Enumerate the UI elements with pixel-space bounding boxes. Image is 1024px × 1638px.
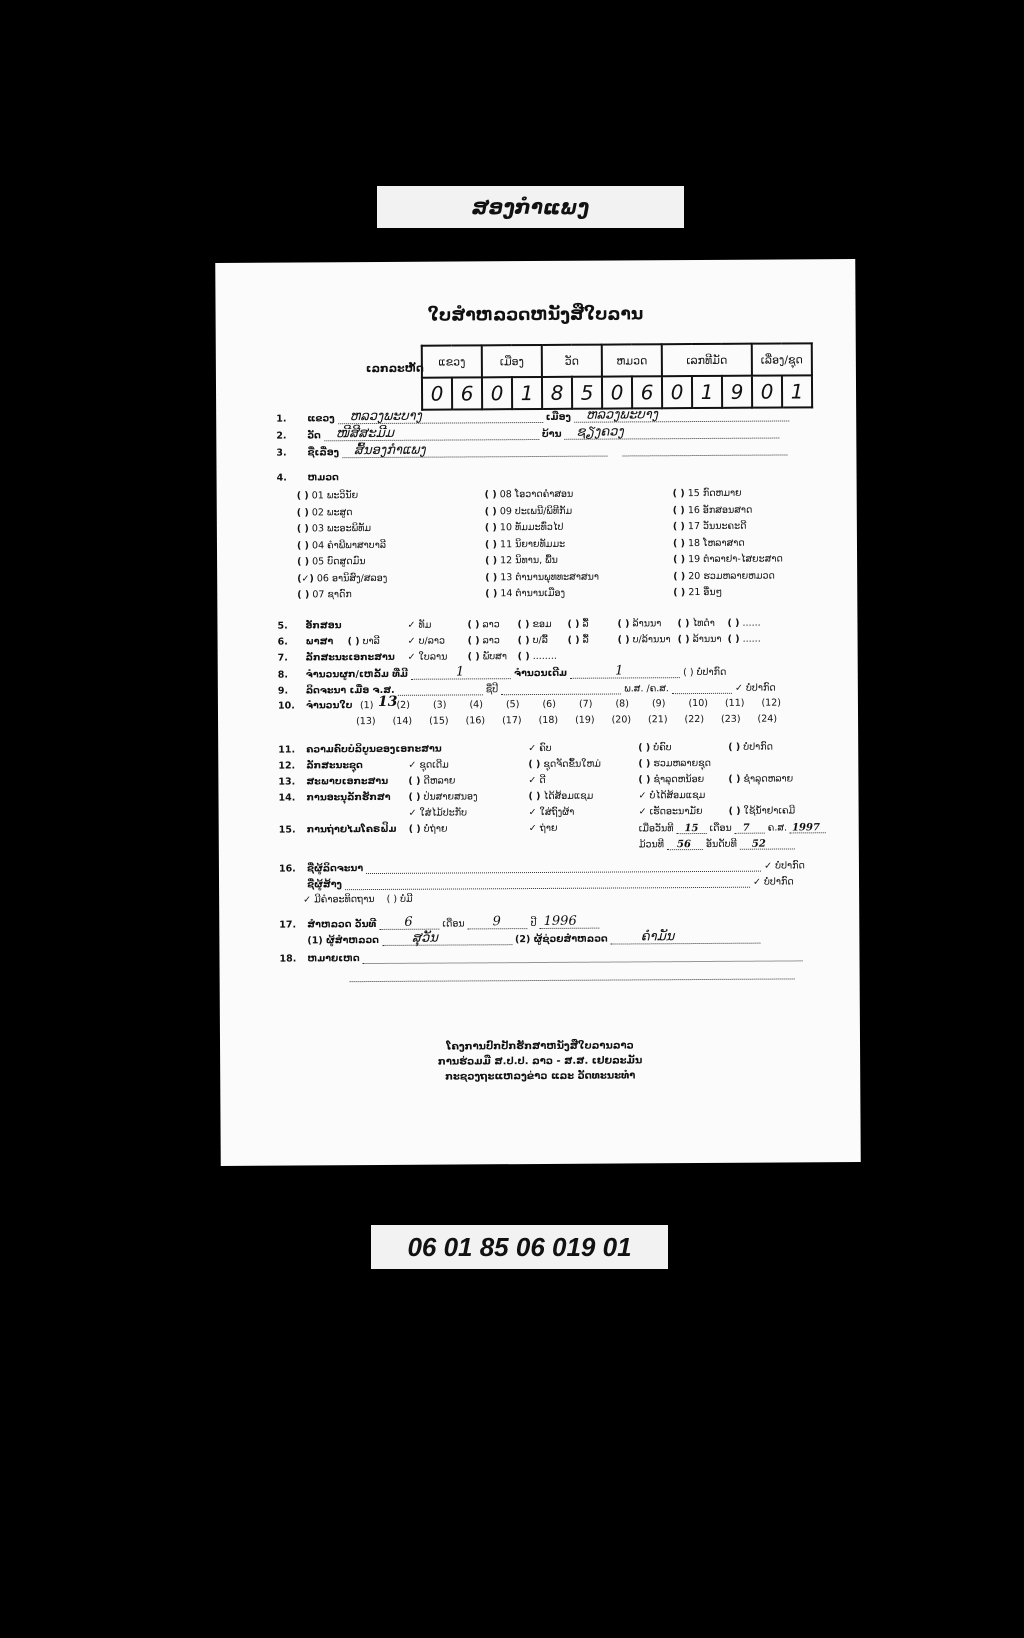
- checkbox[interactable]: ( ): [467, 619, 479, 630]
- field-11: 11.ຄວາມຄົບບໍລິບູນຂອງເອກະສານ: [278, 744, 442, 756]
- scribe-name-field[interactable]: [366, 860, 761, 874]
- option-label: ເຮັດອະນາມັຍ: [650, 806, 703, 817]
- field-label: ລັກສະນະເອກະສານ: [306, 652, 395, 664]
- checkbox[interactable]: ( ): [617, 618, 629, 629]
- unknown-option[interactable]: ( ) ບໍ່ປາກົດ: [683, 667, 726, 678]
- leaf-count-slot[interactable]: (1): [360, 700, 374, 711]
- checkbox[interactable]: ( ): [485, 539, 497, 550]
- field-number: 13.: [278, 776, 306, 787]
- option[interactable]: ( ) ລ້ານນາ: [617, 618, 661, 629]
- category-option[interactable]: ( ) 21 ອື່ນໆ: [673, 587, 722, 598]
- option[interactable]: ✓ ດີ: [528, 775, 545, 786]
- unknown-option[interactable]: ✓ ບໍ່ປາກົດ: [764, 860, 805, 871]
- checkbox[interactable]: ( ): [728, 634, 740, 645]
- option-label: ບໍ່ປາກົດ: [743, 742, 773, 753]
- option-label: ໃບລານ: [419, 652, 448, 663]
- option[interactable]: ✓ ຖ່າຍ: [529, 823, 558, 834]
- leaf-count-slot[interactable]: (24): [758, 714, 778, 725]
- field-label: ຊື່ຜູ້ສ້າງ: [307, 879, 342, 890]
- code-header-province: ແຂວງ: [422, 345, 482, 377]
- checkbox[interactable]: ( ): [673, 571, 685, 582]
- checkbox[interactable]: ( ): [528, 791, 540, 802]
- option[interactable]: ( ) ບ/ລື້: [518, 635, 548, 646]
- code-digit: 1: [512, 377, 542, 409]
- leaf-count-slot[interactable]: (9): [652, 698, 666, 709]
- option-label: ......: [742, 618, 760, 629]
- category-option[interactable]: ( ) 10 ທັມມະທົ່ວໄປ: [485, 522, 564, 533]
- option[interactable]: ( ) ........: [518, 651, 557, 662]
- checkbox[interactable]: ( ): [673, 521, 685, 532]
- checkbox[interactable]: ( ): [618, 634, 630, 645]
- category-option[interactable]: ( ) 11 ນິຍາຍທັມມະ: [485, 538, 565, 549]
- option[interactable]: ✓ ບ/ລາວ: [408, 636, 446, 647]
- bundle-count-field[interactable]: 1: [411, 667, 511, 680]
- option-label: ລື້: [583, 635, 589, 646]
- option[interactable]: ✓ ຊຸດເດີມ: [408, 760, 449, 771]
- field-label: ອັກສອນ: [305, 620, 341, 631]
- category-option[interactable]: ( ) 07 ຊາດົກ: [297, 589, 352, 600]
- option-label: ລາວ: [482, 619, 499, 630]
- code-digit: 0: [482, 377, 512, 409]
- handwritten-value: ສຸວັນ: [412, 931, 438, 946]
- field-number: 10.: [278, 700, 306, 711]
- checkbox[interactable]: ( ): [518, 651, 530, 662]
- leaf-count-slot[interactable]: (11): [725, 698, 745, 709]
- category-option[interactable]: ( ) 14 ຕຳນານເມືອງ: [485, 588, 565, 599]
- checkbox[interactable]: ( ): [678, 634, 690, 645]
- checkbox[interactable]: ( ): [673, 587, 685, 598]
- survey-year-field[interactable]: 1996: [540, 917, 600, 929]
- checkbox[interactable]: ✓: [528, 743, 536, 754]
- option[interactable]: ( ) ບ/ລ້ານນາ: [618, 634, 671, 645]
- handwritten-value: ຊຽງຄວງ: [576, 424, 623, 439]
- checkbox[interactable]: ✓: [407, 620, 415, 631]
- province-field[interactable]: ຫລວງພະບາງ: [338, 411, 543, 424]
- option[interactable]: ( ) ບໍ່ປາກົດ: [728, 742, 773, 753]
- option-label: 15 ກົດຫມາຍ: [688, 488, 742, 499]
- option-label: ຂອມ: [532, 619, 551, 630]
- option-label: 01 ພະວິນັຍ: [312, 490, 359, 501]
- option-label: ຊຳລຸດຫນ້ອຍ: [653, 774, 704, 785]
- checkbox[interactable]: ( ): [485, 555, 497, 566]
- field-label: ພ.ສ. /ຄ.ສ.: [624, 683, 669, 694]
- catalog-number-label: 06 01 85 06 019 01: [371, 1225, 668, 1269]
- option[interactable]: ( ) ບາລີ: [348, 636, 380, 647]
- code-digit: 1: [692, 376, 722, 408]
- checkbox[interactable]: ( ): [638, 758, 650, 769]
- prayer-no-option[interactable]: ( ) ບໍ່ມີ: [387, 894, 413, 905]
- option-label: ບ/ລາວ: [419, 636, 446, 647]
- checkbox[interactable]: ( ): [297, 490, 309, 501]
- checkbox[interactable]: ( ): [297, 523, 309, 534]
- option[interactable]: ( ) ດີຫລາຍ: [408, 776, 455, 787]
- option[interactable]: ( ) ......: [728, 634, 761, 645]
- option-label: ບ/ລື້: [533, 635, 548, 646]
- checkbox[interactable]: ( ): [568, 635, 580, 646]
- prayer-yes-option[interactable]: ✓ ມີຄຳອະທິດຖານ: [303, 894, 374, 905]
- code-header-title-set: ເລື່ອງ/ຊຸດ: [752, 343, 812, 375]
- field-label: ບ້ານ: [542, 429, 562, 440]
- option[interactable]: ✓ ທັມ: [407, 620, 431, 631]
- checkbox[interactable]: ✓: [408, 760, 416, 771]
- creator-name-field[interactable]: [345, 876, 750, 890]
- checkbox[interactable]: ( ): [728, 742, 740, 753]
- option[interactable]: ( ) ໄດ້ສ້ອມແຊມ: [528, 791, 593, 802]
- handwritten-value: 1: [615, 663, 623, 678]
- field-label: ຫມາຍເຫດ: [307, 953, 359, 964]
- option[interactable]: ( ) ບໍ່ຖ່າຍ: [409, 824, 448, 835]
- option-label: 08 ໂອວາດຄຳສອນ: [500, 489, 574, 500]
- code-table: ແຂວງ ເມືອງ ວັດ ຫມວດ ເລກທີມັດ ເລື່ອງ/ຊຸດ …: [421, 342, 813, 410]
- option-label: 16 ອັກສອນສາດ: [688, 504, 753, 515]
- option-label: ຮວມຫລາຍຊຸດ: [653, 758, 711, 769]
- category-option[interactable]: ( ) 05 ບົດສູດມົນ: [297, 556, 365, 567]
- be-ad-year-field[interactable]: [672, 682, 732, 694]
- option-label: ໃສ່ໄມ້ປະກັບ: [420, 807, 468, 818]
- code-digit: 5: [572, 377, 602, 409]
- field-8: 8.ຈຳນວນຜູກ/ເຫລັ້ມ ທີ່ມີ 1 ຈຳນວນເດີມ 1 ( …: [278, 666, 727, 681]
- checkbox[interactable]: ( ): [408, 792, 420, 803]
- field-16b: ຊື່ຜູ້ສ້າງ ✓ ບໍ່ປາກົດ: [307, 875, 794, 890]
- option[interactable]: ✓ ໃສ່ໄມ້ປະກັບ: [409, 807, 468, 818]
- checkbox[interactable]: ✓: [528, 775, 536, 786]
- code-digit: 6: [452, 377, 482, 409]
- field-number: 5.: [277, 620, 305, 631]
- field-16c: ✓ ມີຄຳອະທິດຖານ ( ) ບໍ່ມີ: [303, 894, 413, 906]
- checkbox[interactable]: ( ): [677, 618, 689, 629]
- field-15: 15.ການຖ່າຍໄມໂຄຣຟິມ: [279, 824, 397, 836]
- option-label: ໄດ້ສ້ອມແຊມ: [544, 791, 594, 802]
- checkbox[interactable]: ( ): [468, 651, 480, 662]
- survey-month-field[interactable]: 9: [468, 917, 528, 929]
- temple-field[interactable]: ໜີສີສະມີມ: [324, 428, 539, 441]
- handwritten-value: 52: [752, 839, 766, 850]
- checkbox[interactable]: ( ): [297, 556, 309, 567]
- field-label: ຊື່ເລື່ອງ: [307, 447, 339, 458]
- option-label: ........: [533, 651, 557, 662]
- field-number: 12.: [278, 760, 306, 771]
- code-header-category: ຫມວດ: [602, 344, 662, 376]
- field-label: ສຳຫລວດ ວັນທີ: [307, 919, 376, 930]
- code-digit: 1: [782, 375, 812, 407]
- field-2: 2. ວັດ ໜີສີສະມີມ ບ້ານ ຊຽງຄວງ: [276, 427, 779, 442]
- leaf-count-slot[interactable]: (4): [469, 699, 483, 710]
- checkbox[interactable]: ( ): [517, 619, 529, 630]
- handwritten-value: 6: [404, 915, 412, 930]
- checkbox[interactable]: ✓: [639, 806, 647, 817]
- checkbox[interactable]: ( ): [638, 742, 650, 753]
- field-12: 12.ລັກສະນະຊຸດ: [278, 760, 363, 772]
- option-label: 02 ພະສູດ: [312, 507, 353, 518]
- remarks-line-2: [350, 967, 795, 982]
- checkbox[interactable]: ( ): [408, 776, 420, 787]
- district-field[interactable]: ຫລວງພະບາງ: [574, 409, 789, 422]
- form-footer: ໂຄງການປົກປັກຮັກສາຫນັງສືໃບລານລາວ ການຮ່ວມມ…: [220, 1037, 860, 1086]
- checkbox[interactable]: ( ): [485, 489, 497, 500]
- option[interactable]: ( ) ຊຳລຸດຫນ້ອຍ: [638, 774, 704, 785]
- code-header-bundle: ເລກທີມັດ: [662, 344, 752, 377]
- category-option[interactable]: ( ) 02 ພະສູດ: [297, 507, 353, 518]
- option[interactable]: ✓ ໃບລານ: [408, 652, 448, 663]
- field-17b: (1) ຜູ້ສຳຫລວດ ສຸວັນ (2) ຜູ້ຊ່ວຍສຳຫລວດ ຄຳ…: [307, 932, 760, 947]
- category-option[interactable]: (✓) 06 ອານິສົງ/ສລອງ: [297, 572, 387, 584]
- leaf-count-slot[interactable]: (18): [539, 715, 559, 726]
- category-option[interactable]: ( ) 03 ພະອະພິທັມ: [297, 523, 371, 534]
- field-label: (2) ຜູ້ຊ່ວຍສຳຫລວດ: [515, 934, 608, 946]
- field-3: 3. ຊື່ເລື່ອງ ສົ້ນອງກຳແພງ: [276, 443, 787, 458]
- field-16: 16.ຊື່ຜູ້ລິດຈະນາ ✓ ບໍ່ປາກົດ: [279, 859, 805, 874]
- option-label: 06 ອານິສົງ/ສລອງ: [317, 572, 387, 583]
- handwritten-value: ຫລວງພະບາງ: [586, 407, 658, 422]
- option[interactable]: ( ) ຊຳລຸດຫລາຍ: [728, 773, 793, 784]
- option-label: ......: [743, 634, 761, 645]
- option[interactable]: ( ) ໄທດຳ: [677, 618, 714, 629]
- category-option[interactable]: ( ) 01 ພະວິນັຍ: [297, 490, 359, 501]
- form-title: ໃບສຳຫລວດຫນັງສືໃບລານ: [216, 303, 856, 327]
- option[interactable]: ( ) ຂອມ: [517, 619, 551, 630]
- leaf-count-slot[interactable]: (22): [685, 714, 705, 725]
- option-label: 09 ປະເພນີ/ພິທີກັມ: [500, 505, 572, 516]
- option-label: ພັບສາ: [483, 651, 507, 662]
- code-digit: 9: [722, 376, 752, 408]
- option[interactable]: ( ) ໃຊ້ນ້ຳຢາເຄມີ: [729, 805, 796, 816]
- option[interactable]: ( ) ......: [727, 618, 760, 629]
- option-label: ລື້: [582, 619, 588, 630]
- handwritten-value: 1: [456, 664, 464, 679]
- checkbox[interactable]: ( ): [518, 635, 530, 646]
- checkbox[interactable]: ✓: [409, 808, 417, 819]
- leaf-count-slot[interactable]: (8): [615, 698, 629, 709]
- field-label: ແຂວງ: [307, 413, 335, 424]
- field-number: 1.: [276, 413, 304, 424]
- checkbox[interactable]: ( ): [729, 806, 741, 817]
- checkbox[interactable]: ( ): [673, 505, 685, 516]
- option[interactable]: ✓ ຄົບ: [528, 743, 552, 754]
- year-name-field[interactable]: [501, 682, 621, 695]
- survey-day-field[interactable]: 6: [379, 918, 439, 930]
- option-label: ລາວ: [483, 635, 500, 646]
- code-digit: 8: [542, 377, 572, 409]
- field-label: ຫມວດ: [308, 472, 339, 483]
- checkbox[interactable]: ( ): [297, 507, 309, 518]
- leaf-count-slot[interactable]: (16): [466, 715, 486, 726]
- option-label: ລ້ານນາ: [693, 634, 722, 645]
- field-number: 7.: [278, 652, 306, 663]
- code-header-district: ເມືອງ: [482, 345, 542, 377]
- village-field[interactable]: ຊຽງຄວງ: [565, 427, 780, 440]
- field-number: 4.: [277, 472, 305, 483]
- option-label: 04 ຄຳພີພາສາບາລີ: [312, 539, 386, 550]
- leaf-count-slot[interactable]: (17): [502, 715, 522, 726]
- field-number: 14.: [278, 792, 306, 803]
- leaf-count-slot[interactable]: (13): [356, 716, 376, 727]
- category-option[interactable]: ( ) 16 ອັກສອນສາດ: [673, 504, 753, 515]
- field-label: ຈຳນວນເດີມ: [514, 668, 567, 679]
- option-label: ລ້ານນາ: [632, 618, 661, 629]
- original-count-field[interactable]: 1: [570, 666, 680, 679]
- title-field-extra[interactable]: [622, 443, 787, 456]
- code-digit: 0: [602, 376, 632, 408]
- category-option[interactable]: ( ) 09 ປະເພນີ/ພິທີກັມ: [485, 505, 572, 517]
- field-number: 15.: [279, 824, 307, 835]
- option[interactable]: ( ) ປ່ນສາຍສນອງ: [408, 791, 477, 802]
- code-label: ເລກລະຫັດ: [366, 362, 424, 375]
- checkbox[interactable]: ( ): [409, 824, 421, 835]
- leaf-count-slot[interactable]: (20): [612, 714, 632, 725]
- category-option[interactable]: ( ) 17 ວັນນະຄະດີ: [673, 521, 747, 532]
- option-label: 14 ຕຳນານເມືອງ: [500, 588, 565, 599]
- field-label: ຄວາມຄົບບໍລິບູນຂອງເອກະສານ: [306, 744, 442, 756]
- option[interactable]: ( ) ລື້: [568, 635, 589, 646]
- checkbox[interactable]: ✓: [408, 636, 416, 647]
- field-number: 2.: [276, 430, 304, 441]
- option[interactable]: ( ) ຊຸດຈັດຂຶ້ນໃຫມ່: [528, 759, 601, 770]
- checkbox[interactable]: ✓: [638, 790, 646, 801]
- field-label: ຈຳນວນຜູກ/ເຫລັ້ມ ທີ່ມີ: [306, 669, 408, 681]
- footer-line: ກະຊວງຖະແຫລງຂ່າວ ແລະ ວັດທະນະທຳ: [220, 1067, 860, 1086]
- leaf-count-slot[interactable]: (6): [542, 699, 556, 710]
- leaf-count-slot[interactable]: (21): [648, 714, 668, 725]
- option-label: 21 ອື່ນໆ: [688, 587, 722, 598]
- checkbox[interactable]: ✓: [529, 807, 537, 818]
- field-17: 17.ສຳຫລວດ ວັນທີ 6 ເດືອນ 9 ປີ 1996: [279, 917, 599, 931]
- option[interactable]: ✓ ບໍ່ໄດ້ສ້ອມແຊມ: [638, 790, 705, 801]
- checkbox[interactable]: ( ): [567, 619, 579, 630]
- option-label: ບາລີ: [363, 636, 380, 647]
- checkbox[interactable]: ( ): [673, 554, 685, 565]
- checkbox[interactable]: ( ): [673, 488, 685, 499]
- checkbox[interactable]: ( ): [297, 540, 309, 551]
- code-digit: 0: [752, 376, 782, 408]
- handwritten-value: 9: [493, 914, 501, 929]
- handwritten-value: ຄຳມັນ: [641, 929, 675, 944]
- leaf-count-slot[interactable]: (19): [575, 715, 595, 726]
- leaf-count-slot[interactable]: (10): [688, 698, 708, 709]
- handwritten-value: 15: [684, 823, 698, 834]
- option[interactable]: ( ) ພັບສາ: [468, 651, 507, 662]
- remarks-field[interactable]: [363, 949, 803, 964]
- option-label: ຊຳລຸດຫລາຍ: [743, 773, 793, 784]
- checkbox[interactable]: ✓: [529, 823, 537, 834]
- option-label: 10 ທັມມະທົ່ວໄປ: [500, 522, 564, 533]
- category-option[interactable]: ( ) 13 ຕຳນານພຸທທະສາສນາ: [485, 571, 599, 583]
- option[interactable]: ✓ ໃສ່ຖົງຜ້າ: [529, 807, 575, 818]
- field-6: 6.ພາສາ: [278, 636, 334, 647]
- handwritten-value: ສົ້ນອງກຳແພງ: [354, 443, 426, 458]
- field-label: ເດືອນ: [442, 918, 464, 929]
- leaf-count-slot[interactable]: (2): [396, 700, 410, 711]
- unknown-option[interactable]: ✓ ບໍ່ປາກົດ: [753, 876, 794, 887]
- field-label: ຈຳນວນໃບ: [306, 700, 353, 711]
- checkbox[interactable]: ( ): [485, 506, 497, 517]
- leaf-count-slot[interactable]: (23): [721, 714, 741, 725]
- checkbox[interactable]: (✓): [297, 573, 314, 584]
- checkbox[interactable]: ( ): [673, 538, 685, 549]
- option[interactable]: ( ) ຮວມຫລາຍຊຸດ: [638, 758, 711, 769]
- leaf-count-slot[interactable]: (7): [579, 699, 593, 710]
- checkbox[interactable]: ( ): [727, 618, 739, 629]
- field-1: 1. ແຂວງ ຫລວງພະບາງ ເມືອງ ຫລວງພະບາງ: [276, 409, 789, 424]
- option[interactable]: ( ) ລ້ານນາ: [678, 634, 722, 645]
- handwritten-value: 1997: [792, 822, 820, 833]
- checkbox[interactable]: ( ): [528, 759, 540, 770]
- option-label: 18 ໂຫລາສາດ: [688, 537, 745, 548]
- option-label: ຊຸດຈັດຂຶ້ນໃຫມ່: [543, 759, 601, 770]
- checkbox[interactable]: ✓: [408, 652, 416, 663]
- field-9: 9.ລິດຈະນາ ເມື່ອ ຈ.ສ. ຊື່ປີ ພ.ສ. /ຄ.ສ. ✓ …: [278, 682, 776, 697]
- title-field[interactable]: ສົ້ນອງກຳແພງ: [342, 445, 607, 459]
- field-label: (1) ຜູ້ສຳຫລວດ: [307, 935, 379, 946]
- code-digit: 0: [422, 378, 452, 410]
- remarks-field-2[interactable]: [350, 967, 795, 982]
- field-number: 9.: [278, 685, 306, 696]
- leaf-count-slot[interactable]: (12): [761, 698, 781, 709]
- category-option[interactable]: ( ) 12 ນິທານ, ພື້ນ: [485, 555, 558, 566]
- option-label: ຖ່າຍ: [540, 823, 558, 834]
- option[interactable]: ✓ ເຮັດອະນາມັຍ: [639, 806, 703, 817]
- field-number: 3.: [276, 447, 304, 458]
- fields-5-to-15: 5.ອັກສອນ✓ ທັມ( ) ລາວ( ) ຂອມ( ) ລື້( ) ລ້…: [215, 259, 855, 263]
- cs-year-field[interactable]: [398, 683, 483, 696]
- handwritten-value: ຫລວງພະບາງ: [350, 409, 422, 424]
- option-label: 07 ຊາດົກ: [312, 589, 352, 600]
- field-18: 18.ຫມາຍເຫດ: [279, 949, 802, 964]
- field-number: 6.: [278, 636, 306, 647]
- archive-title-label: ສອງກຳແພງ: [377, 186, 684, 228]
- field-label: ສະພາບເອກະສານ: [306, 776, 388, 787]
- category-option[interactable]: ( ) 18 ໂຫລາສາດ: [673, 537, 745, 548]
- option-label: ໃສ່ຖົງຜ້າ: [540, 807, 575, 818]
- field-label: ເມືອງ: [546, 412, 571, 423]
- code-header-temple: ວັດ: [542, 345, 602, 377]
- handwritten-value: 56: [677, 839, 691, 850]
- option-label: ບໍ່ຖ່າຍ: [424, 824, 448, 835]
- category-grid: ( ) 01 ພະວິນັຍ( ) 02 ພະສູດ( ) 03 ພະອະພິທ…: [215, 259, 855, 263]
- option-label: ບ/ລ້ານນາ: [633, 634, 671, 645]
- option[interactable]: ( ) ລື້: [567, 619, 588, 630]
- checkbox[interactable]: ( ): [638, 774, 650, 785]
- checkbox[interactable]: ( ): [468, 635, 480, 646]
- option[interactable]: ( ) ບໍ່ຄົບ: [638, 742, 672, 753]
- checkbox[interactable]: ( ): [297, 589, 309, 600]
- option-label: ດີ: [539, 775, 545, 786]
- checkbox[interactable]: ( ): [485, 588, 497, 599]
- option[interactable]: ( ) ລາວ: [468, 635, 500, 646]
- checkbox[interactable]: ( ): [348, 636, 360, 647]
- checkbox[interactable]: ( ): [728, 774, 740, 785]
- unknown-option[interactable]: ✓ ບໍ່ປາກົດ: [735, 683, 776, 694]
- checkbox[interactable]: ( ): [485, 572, 497, 583]
- leaf-count-slot[interactable]: (5): [506, 699, 520, 710]
- category-option[interactable]: ( ) 04 ຄຳພີພາສາບາລີ: [297, 539, 386, 551]
- leaf-count-slot[interactable]: (15): [429, 716, 449, 727]
- assistant-field[interactable]: ຄຳມັນ: [611, 932, 761, 945]
- field-label: ປີ: [531, 918, 537, 929]
- checkbox[interactable]: ( ): [485, 522, 497, 533]
- leaf-count-slot[interactable]: (3): [433, 700, 447, 711]
- surveyor-field[interactable]: ສຸວັນ: [382, 933, 512, 946]
- category-option[interactable]: ( ) 15 ກົດຫມາຍ: [673, 488, 742, 499]
- category-option[interactable]: ( ) 20 ຮວມຫລາຍຫມວດ: [673, 570, 775, 582]
- field-number: 17.: [279, 919, 307, 930]
- option[interactable]: ( ) ລາວ: [467, 619, 499, 630]
- option-label: 20 ຮວມຫລາຍຫມວດ: [688, 570, 775, 582]
- option-label: ບໍ່ຄົບ: [653, 742, 671, 753]
- category-option[interactable]: ( ) 19 ຕຳລາຢາ-ໄສຍະສາດ: [673, 554, 783, 566]
- field-10: 10.ຈຳນວນໃບ: [278, 700, 353, 711]
- category-option[interactable]: ( ) 08 ໂອວາດຄຳສອນ: [485, 489, 574, 501]
- field-4: 4. ຫມວດ: [277, 472, 339, 483]
